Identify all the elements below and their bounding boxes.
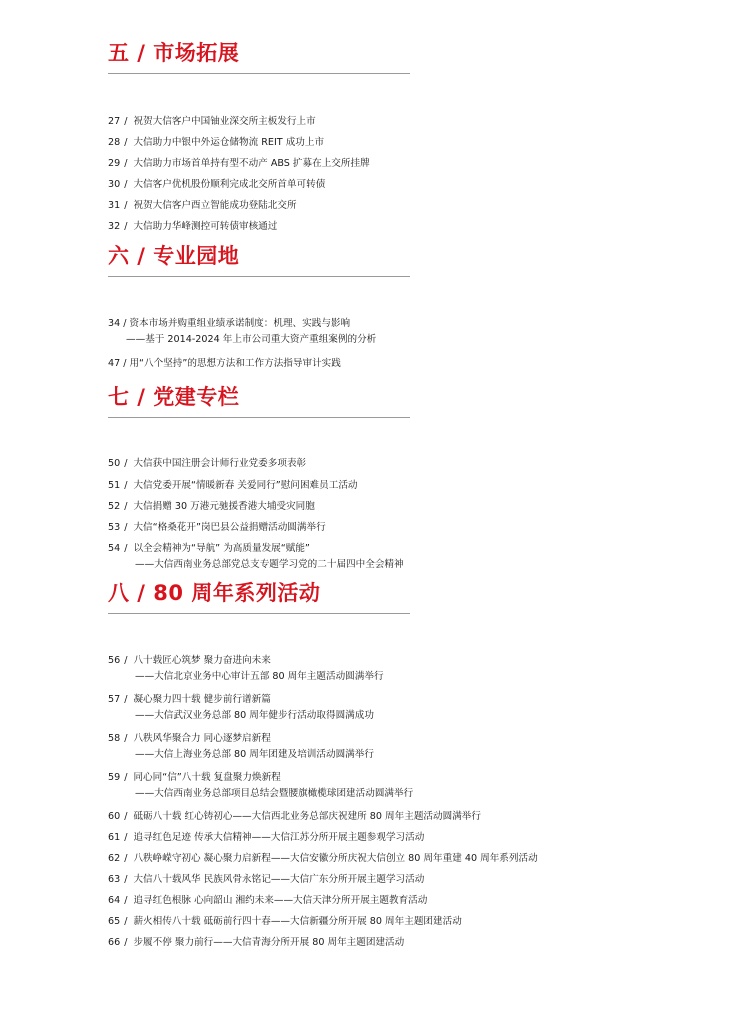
entry-title: 追寻红色根脉 心向韶山 湘约未来——大信天津分所开展主题教育活动 — [133, 895, 427, 906]
entry-title: 八秩峥嵘守初心 凝心聚力启新程——大信安徽分所庆祝大信创立 80 周年重建 40… — [133, 853, 537, 864]
section-professional-forum: 六 / 专业园地 34/资本市场并购重组业绩承诺制度：机理、实践与影响 ——基于… — [108, 243, 410, 269]
entry-title: 用“八个坚持”的思想方法和工作方法指导审计实践 — [129, 358, 340, 369]
entry-title: 大信获中国注册会计师行业党委多项表彰 — [133, 458, 306, 469]
section-divider — [108, 613, 410, 614]
toc-entry[interactable]: 57/凝心聚力四十载 健步前行谱新篇 ——大信武汉业务总部 80 周年健步行活动… — [108, 694, 374, 722]
page-number: 65 — [108, 916, 120, 928]
separator: / — [124, 811, 127, 823]
separator: / — [124, 137, 127, 149]
section-title: 七 / 党建专栏 — [108, 384, 410, 410]
page-number: 58 — [108, 733, 120, 745]
toc-entry[interactable]: 63/大信八十载风华 民族风骨永铭记——大信广东分所开展主题学习活动 — [108, 874, 424, 886]
entry-title: 八秩风华聚合力 同心逐梦启新程 — [133, 733, 270, 744]
separator: / — [124, 501, 127, 513]
section-market-expansion: 五 / 市场拓展 27/祝贺大信客户中国铀业深交所主板发行上市 28/大信助力中… — [108, 40, 410, 66]
page-number: 52 — [108, 501, 120, 513]
separator: / — [124, 522, 127, 534]
page-number: 56 — [108, 655, 120, 667]
entry-title: 大信党委开展“情暖新春 关爱同行”慰问困难员工活动 — [133, 480, 357, 491]
page-number: 62 — [108, 853, 120, 865]
entry-title: 砥砺八十载 红心铸初心——大信西北业务总部庆祝建所 80 周年主题活动圆满举行 — [133, 811, 481, 822]
entry-title: 大信助力华峰测控可转债审核通过 — [133, 221, 277, 232]
toc-entry[interactable]: 61/追寻红色足迹 传承大信精神——大信江苏分所开展主题参观学习活动 — [108, 832, 424, 844]
separator: / — [124, 853, 127, 865]
entry-subtitle: ——大信武汉业务总部 80 周年健步行活动取得圆满成功 — [108, 710, 374, 722]
section-party-building: 七 / 党建专栏 50/大信获中国注册会计师行业党委多项表彰 51/大信党委开展… — [108, 384, 410, 410]
toc-entry[interactable]: 27/祝贺大信客户中国铀业深交所主板发行上市 — [108, 116, 316, 128]
toc-entry[interactable]: 60/砥砺八十载 红心铸初心——大信西北业务总部庆祝建所 80 周年主题活动圆满… — [108, 811, 481, 823]
section-divider — [108, 417, 410, 418]
entry-title: 凝心聚力四十载 健步前行谱新篇 — [133, 694, 270, 705]
page-number: 34 — [108, 318, 120, 330]
section-title: 八 / 80 周年系列活动 — [108, 580, 410, 606]
separator: / — [124, 937, 127, 949]
page-number: 29 — [108, 158, 120, 170]
page-number: 61 — [108, 832, 120, 844]
page-number: 30 — [108, 179, 120, 191]
separator: / — [124, 543, 127, 555]
toc-entry[interactable]: 65/薪火相传八十载 砥砺前行四十春——大信新疆分所开展 80 周年主题团建活动 — [108, 916, 462, 928]
entry-title: 大信“格桑花开”岗巴县公益捐赠活动圆满举行 — [133, 522, 325, 533]
page-number: 60 — [108, 811, 120, 823]
section-divider — [108, 73, 410, 74]
page-number: 53 — [108, 522, 120, 534]
separator: / — [124, 221, 127, 233]
page-number: 64 — [108, 895, 120, 907]
entry-subtitle: ——大信上海业务总部 80 周年团建及培训活动圆满举行 — [108, 749, 374, 761]
toc-entry[interactable]: 30/大信客户优机股份顺利完成北交所首单可转债 — [108, 179, 325, 191]
toc-entry[interactable]: 66/步履不停 聚力前行——大信青海分所开展 80 周年主题团建活动 — [108, 937, 404, 949]
entry-title: 祝贺大信客户中国铀业深交所主板发行上市 — [133, 116, 315, 127]
separator: / — [124, 733, 127, 745]
page-number: 32 — [108, 221, 120, 233]
toc-entry[interactable]: 52/大信捐赠 30 万港元驰援香港大埔受灾同胞 — [108, 501, 315, 513]
separator: / — [124, 874, 127, 886]
entry-title: 以全会精神为“导航” 为高质量发展“赋能” — [133, 543, 309, 554]
toc-entry[interactable]: 29/大信助力市场首单持有型不动产 ABS 扩募在上交所挂牌 — [108, 158, 370, 170]
toc-entry[interactable]: 47/用“八个坚持”的思想方法和工作方法指导审计实践 — [108, 358, 341, 370]
page-number: 47 — [108, 358, 120, 370]
toc-entry[interactable]: 62/八秩峥嵘守初心 凝心聚力启新程——大信安徽分所庆祝大信创立 80 周年重建… — [108, 853, 538, 865]
entry-subtitle: ——大信北京业务中心审计五部 80 周年主题活动圆满举行 — [108, 671, 384, 683]
page-number: 54 — [108, 543, 120, 555]
separator: / — [123, 358, 126, 370]
entry-title: 八十载匠心筑梦 聚力奋进向未来 — [133, 655, 270, 666]
entry-subtitle: ——基于 2014-2024 年上市公司重大资产重组案例的分析 — [108, 334, 376, 346]
separator: / — [124, 480, 127, 492]
entry-subtitle: ——大信西南业务总部党总支专题学习党的二十届四中全会精神 — [108, 559, 404, 571]
toc-entry[interactable]: 56/八十载匠心筑梦 聚力奋进向未来 ——大信北京业务中心审计五部 80 周年主… — [108, 655, 384, 683]
toc-entry[interactable]: 50/大信获中国注册会计师行业党委多项表彰 — [108, 458, 306, 470]
page-number: 27 — [108, 116, 120, 128]
separator: / — [124, 179, 127, 191]
entry-title: 大信助力市场首单持有型不动产 ABS 扩募在上交所挂牌 — [133, 158, 369, 169]
entry-title: 大信助力中银中外运仓储物流 REIT 成功上市 — [133, 137, 324, 148]
toc-entry[interactable]: 34/资本市场并购重组业绩承诺制度：机理、实践与影响 ——基于 2014-202… — [108, 318, 376, 346]
toc-entry[interactable]: 31/祝贺大信客户酉立智能成功登陆北交所 — [108, 200, 297, 212]
toc-entry[interactable]: 28/大信助力中银中外运仓储物流 REIT 成功上市 — [108, 137, 324, 149]
toc-entry[interactable]: 32/大信助力华峰测控可转债审核通过 — [108, 221, 277, 233]
separator: / — [124, 895, 127, 907]
page-number: 57 — [108, 694, 120, 706]
section-80th-anniversary: 八 / 80 周年系列活动 56/八十载匠心筑梦 聚力奋进向未来 ——大信北京业… — [108, 580, 410, 606]
separator: / — [124, 158, 127, 170]
page-number: 31 — [108, 200, 120, 212]
toc-entry[interactable]: 58/八秩风华聚合力 同心逐梦启新程 ——大信上海业务总部 80 周年团建及培训… — [108, 733, 374, 761]
toc-entry[interactable]: 64/追寻红色根脉 心向韶山 湘约未来——大信天津分所开展主题教育活动 — [108, 895, 427, 907]
toc-entry[interactable]: 53/大信“格桑花开”岗巴县公益捐赠活动圆满举行 — [108, 522, 326, 534]
page-number: 51 — [108, 480, 120, 492]
entry-title: 大信捐赠 30 万港元驰援香港大埔受灾同胞 — [133, 501, 314, 512]
page-number: 28 — [108, 137, 120, 149]
page-number: 59 — [108, 772, 120, 784]
toc-entry[interactable]: 54/以全会精神为“导航” 为高质量发展“赋能” ——大信西南业务总部党总支专题… — [108, 543, 404, 571]
page-number: 66 — [108, 937, 120, 949]
entry-title: 祝贺大信客户酉立智能成功登陆北交所 — [133, 200, 296, 211]
section-title: 六 / 专业园地 — [108, 243, 410, 269]
separator: / — [124, 655, 127, 667]
separator: / — [124, 832, 127, 844]
entry-subtitle: ——大信西南业务总部项目总结会暨腰旗橄榄球团建活动圆满举行 — [108, 788, 413, 800]
entry-title: 同心同“信”八十载 复盘聚力焕新程 — [133, 772, 280, 783]
separator: / — [123, 318, 126, 330]
toc-entry[interactable]: 59/同心同“信”八十载 复盘聚力焕新程 ——大信西南业务总部项目总结会暨腰旗橄… — [108, 772, 413, 800]
separator: / — [124, 772, 127, 784]
entry-title: 资本市场并购重组业绩承诺制度：机理、实践与影响 — [129, 318, 350, 329]
section-divider — [108, 276, 410, 277]
page-number: 63 — [108, 874, 120, 886]
toc-entry[interactable]: 51/大信党委开展“情暖新春 关爱同行”慰问困难员工活动 — [108, 480, 358, 492]
section-title: 五 / 市场拓展 — [108, 40, 410, 66]
entry-title: 薪火相传八十载 砥砺前行四十春——大信新疆分所开展 80 周年主题团建活动 — [133, 916, 461, 927]
page-number: 50 — [108, 458, 120, 470]
entry-title: 大信客户优机股份顺利完成北交所首单可转债 — [133, 179, 325, 190]
separator: / — [124, 116, 127, 128]
separator: / — [124, 458, 127, 470]
entry-title: 大信八十载风华 民族风骨永铭记——大信广东分所开展主题学习活动 — [133, 874, 424, 885]
separator: / — [124, 200, 127, 212]
separator: / — [124, 694, 127, 706]
separator: / — [124, 916, 127, 928]
entry-title: 追寻红色足迹 传承大信精神——大信江苏分所开展主题参观学习活动 — [133, 832, 424, 843]
entry-title: 步履不停 聚力前行——大信青海分所开展 80 周年主题团建活动 — [133, 937, 404, 948]
